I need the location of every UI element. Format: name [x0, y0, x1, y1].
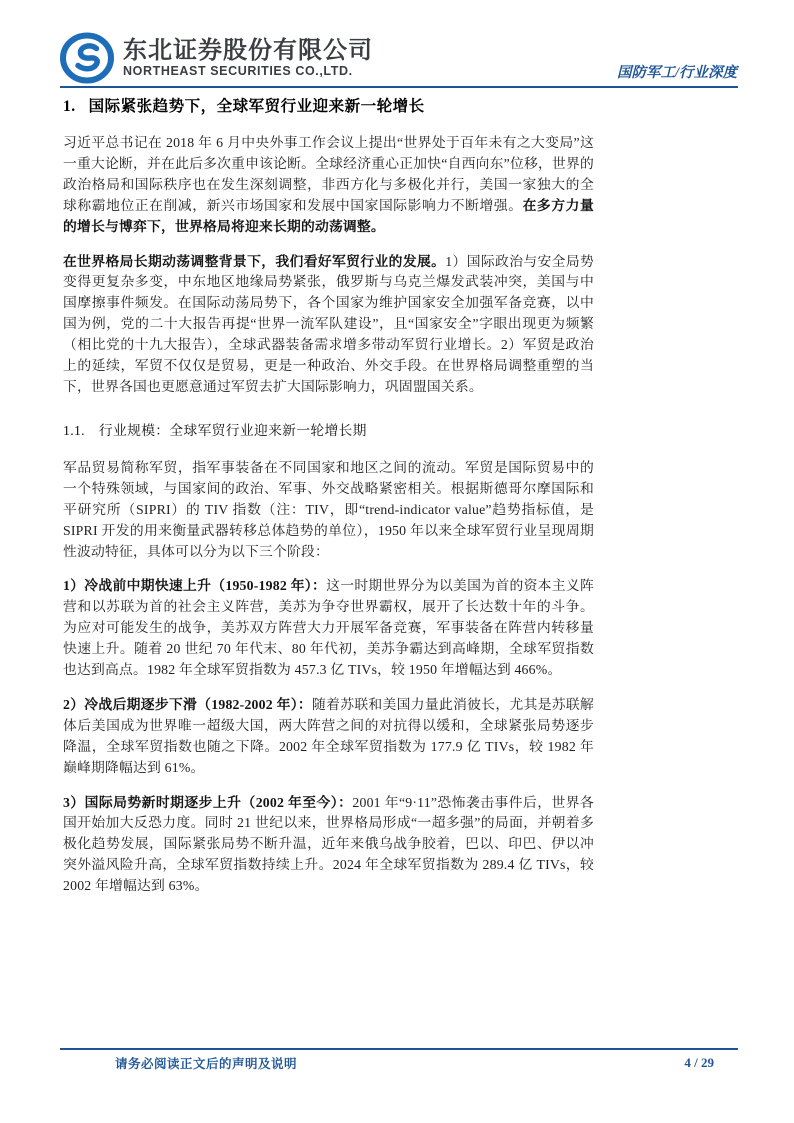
- page-footer: 请务必阅读正文后的声明及说明 4 / 29: [60, 1054, 738, 1072]
- footer-disclaimer: 请务必阅读正文后的声明及说明: [115, 1054, 297, 1072]
- brand-name-en: NORTHEAST SECURITIES CO.,LTD.: [123, 64, 373, 79]
- section-1-1-title: 行业规模：全球军贸行业迎来新一轮增长期: [99, 423, 367, 438]
- paragraph-5-bold: 2）冷战后期逐步下滑（1982-2002 年）：: [63, 697, 312, 712]
- section-1-title: 国际紧张趋势下，全球军贸行业迎来新一轮增长: [89, 98, 425, 115]
- brand-name-cn: 东北证券股份有限公司: [123, 37, 373, 64]
- footer-divider: [60, 1048, 738, 1050]
- paragraph-2-text: 1）国际政治与安全局势变得更复杂多变，中东地区地缘局势紧张，俄罗斯与乌克兰爆发武…: [63, 254, 594, 394]
- brand-text: 东北证券股份有限公司 NORTHEAST SECURITIES CO.,LTD.: [123, 37, 373, 79]
- paragraph-3-text: 军品贸易简称军贸，指军事装备在不同国家和地区之间的流动。军贸是国际贸易中的一个特…: [63, 460, 594, 559]
- section-1-heading: 1.国际紧张趋势下，全球军贸行业迎来新一轮增长: [63, 94, 594, 116]
- paragraph-1-text: 习近平总书记在 2018 年 6 月中央外事工作会议上提出“世界处于百年未有之大…: [63, 135, 594, 213]
- section-1-1-number: 1.1.: [63, 423, 85, 438]
- page-header: 东北证券股份有限公司 NORTHEAST SECURITIES CO.,LTD.…: [60, 31, 737, 85]
- paragraph-2-bold: 在世界格局长期动荡调整背景下，我们看好军贸行业的发展。: [63, 254, 445, 269]
- section-1-1-heading: 1.1.行业规模：全球军贸行业迎来新一轮增长期: [63, 419, 594, 439]
- paragraph-3: 军品贸易简称军贸，指军事装备在不同国家和地区之间的流动。军贸是国际贸易中的一个特…: [63, 458, 594, 563]
- page-number: 4 / 29: [684, 1055, 714, 1071]
- paragraph-4: 1）冷战前中期快速上升（1950-1982 年）：这一时期世界分为以美国为首的资…: [63, 576, 594, 681]
- paragraph-6: 3）国际局势新时期逐步上升（2002 年至今）：2001 年“9·11”恐怖袭击…: [63, 793, 594, 898]
- section-1-number: 1.: [63, 98, 76, 115]
- paragraph-6-bold: 3）国际局势新时期逐步上升（2002 年至今）：: [63, 795, 352, 810]
- report-category: 国防军工/行业深度: [617, 61, 737, 82]
- paragraph-4-bold: 1）冷战前中期快速上升（1950-1982 年）：: [63, 578, 326, 593]
- report-page: 东北证券股份有限公司 NORTHEAST SECURITIES CO.,LTD.…: [0, 0, 794, 1123]
- paragraph-1: 习近平总书记在 2018 年 6 月中央外事工作会议上提出“世界处于百年未有之大…: [63, 133, 594, 238]
- paragraph-2: 在世界格局长期动荡调整背景下，我们看好军贸行业的发展。1）国际政治与安全局势变得…: [63, 252, 594, 398]
- report-body: 1.国际紧张趋势下，全球军贸行业迎来新一轮增长 习近平总书记在 2018 年 6…: [63, 94, 594, 911]
- paragraph-5: 2）冷战后期逐步下滑（1982-2002 年）：随着苏联和美国力量此消彼长，尤其…: [63, 695, 594, 779]
- header-divider: [60, 86, 738, 88]
- northeast-securities-logo-icon: [60, 31, 114, 85]
